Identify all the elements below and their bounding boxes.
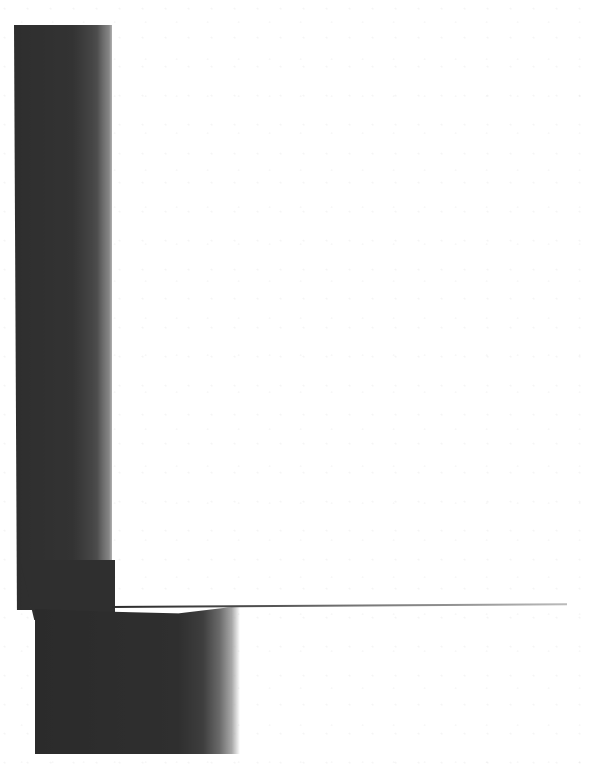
scanned-page [0, 0, 596, 772]
page-fold-line [112, 603, 567, 608]
scanner-shadow-left-edge [14, 25, 112, 610]
scanner-shadow-bottom-block [35, 606, 240, 754]
